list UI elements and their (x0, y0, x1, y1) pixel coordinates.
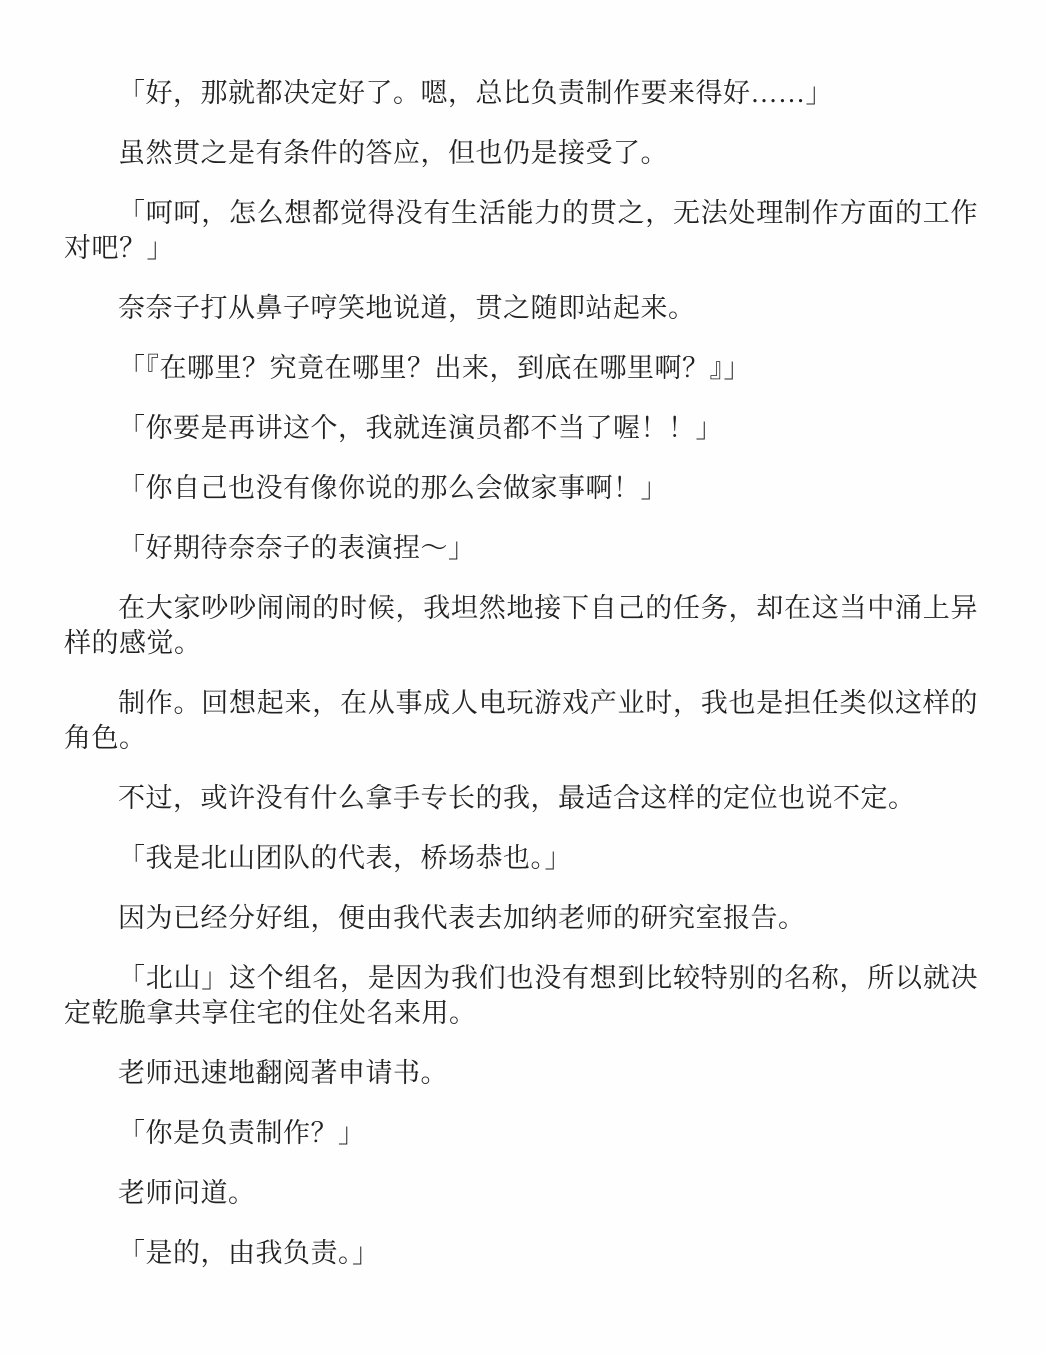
paragraph: 老师迅速地翻阅著申请书。 (64, 1056, 978, 1091)
paragraph: 「呵呵，怎么想都觉得没有生活能力的贯之，无法处理制作方面的工作对吧？」 (64, 196, 978, 266)
paragraph: 「你自己也没有像你说的那么会做家事啊！」 (64, 471, 978, 506)
paragraph: 「好，那就都决定好了。嗯，总比负责制作要来得好……」 (64, 76, 978, 111)
paragraph: 老师问道。 (64, 1176, 978, 1211)
paragraph: 「你要是再讲这个，我就连演员都不当了喔！！」 (64, 411, 978, 446)
paragraph: 因为已经分好组，便由我代表去加纳老师的研究室报告。 (64, 901, 978, 936)
paragraph: 「北山」这个组名，是因为我们也没有想到比较特别的名称，所以就决定乾脆拿共享住宅的… (64, 961, 978, 1031)
paragraph: 「『在哪里？究竟在哪里？出来，到底在哪里啊？』」 (64, 351, 978, 386)
paragraph: 不过，或许没有什么拿手专长的我，最适合这样的定位也说不定。 (64, 781, 978, 816)
paragraph: 在大家吵吵闹闹的时候，我坦然地接下自己的任务，却在这当中涌上异样的感觉。 (64, 591, 978, 661)
paragraph: 奈奈子打从鼻子哼笑地说道，贯之随即站起来。 (64, 291, 978, 326)
paragraph: 「我是北山团队的代表，桥场恭也。」 (64, 841, 978, 876)
paragraph: 「是的，由我负责。」 (64, 1236, 978, 1271)
paragraph: 「你是负责制作？」 (64, 1116, 978, 1151)
paragraph: 「好期待奈奈子的表演捏～」 (64, 531, 978, 566)
paragraph: 制作。回想起来，在从事成人电玩游戏产业时，我也是担任类似这样的角色。 (64, 686, 978, 756)
novel-page: 「好，那就都决定好了。嗯，总比负责制作要来得好……」 虽然贯之是有条件的答应，但… (0, 0, 1046, 1354)
paragraph: 虽然贯之是有条件的答应，但也仍是接受了。 (64, 136, 978, 171)
